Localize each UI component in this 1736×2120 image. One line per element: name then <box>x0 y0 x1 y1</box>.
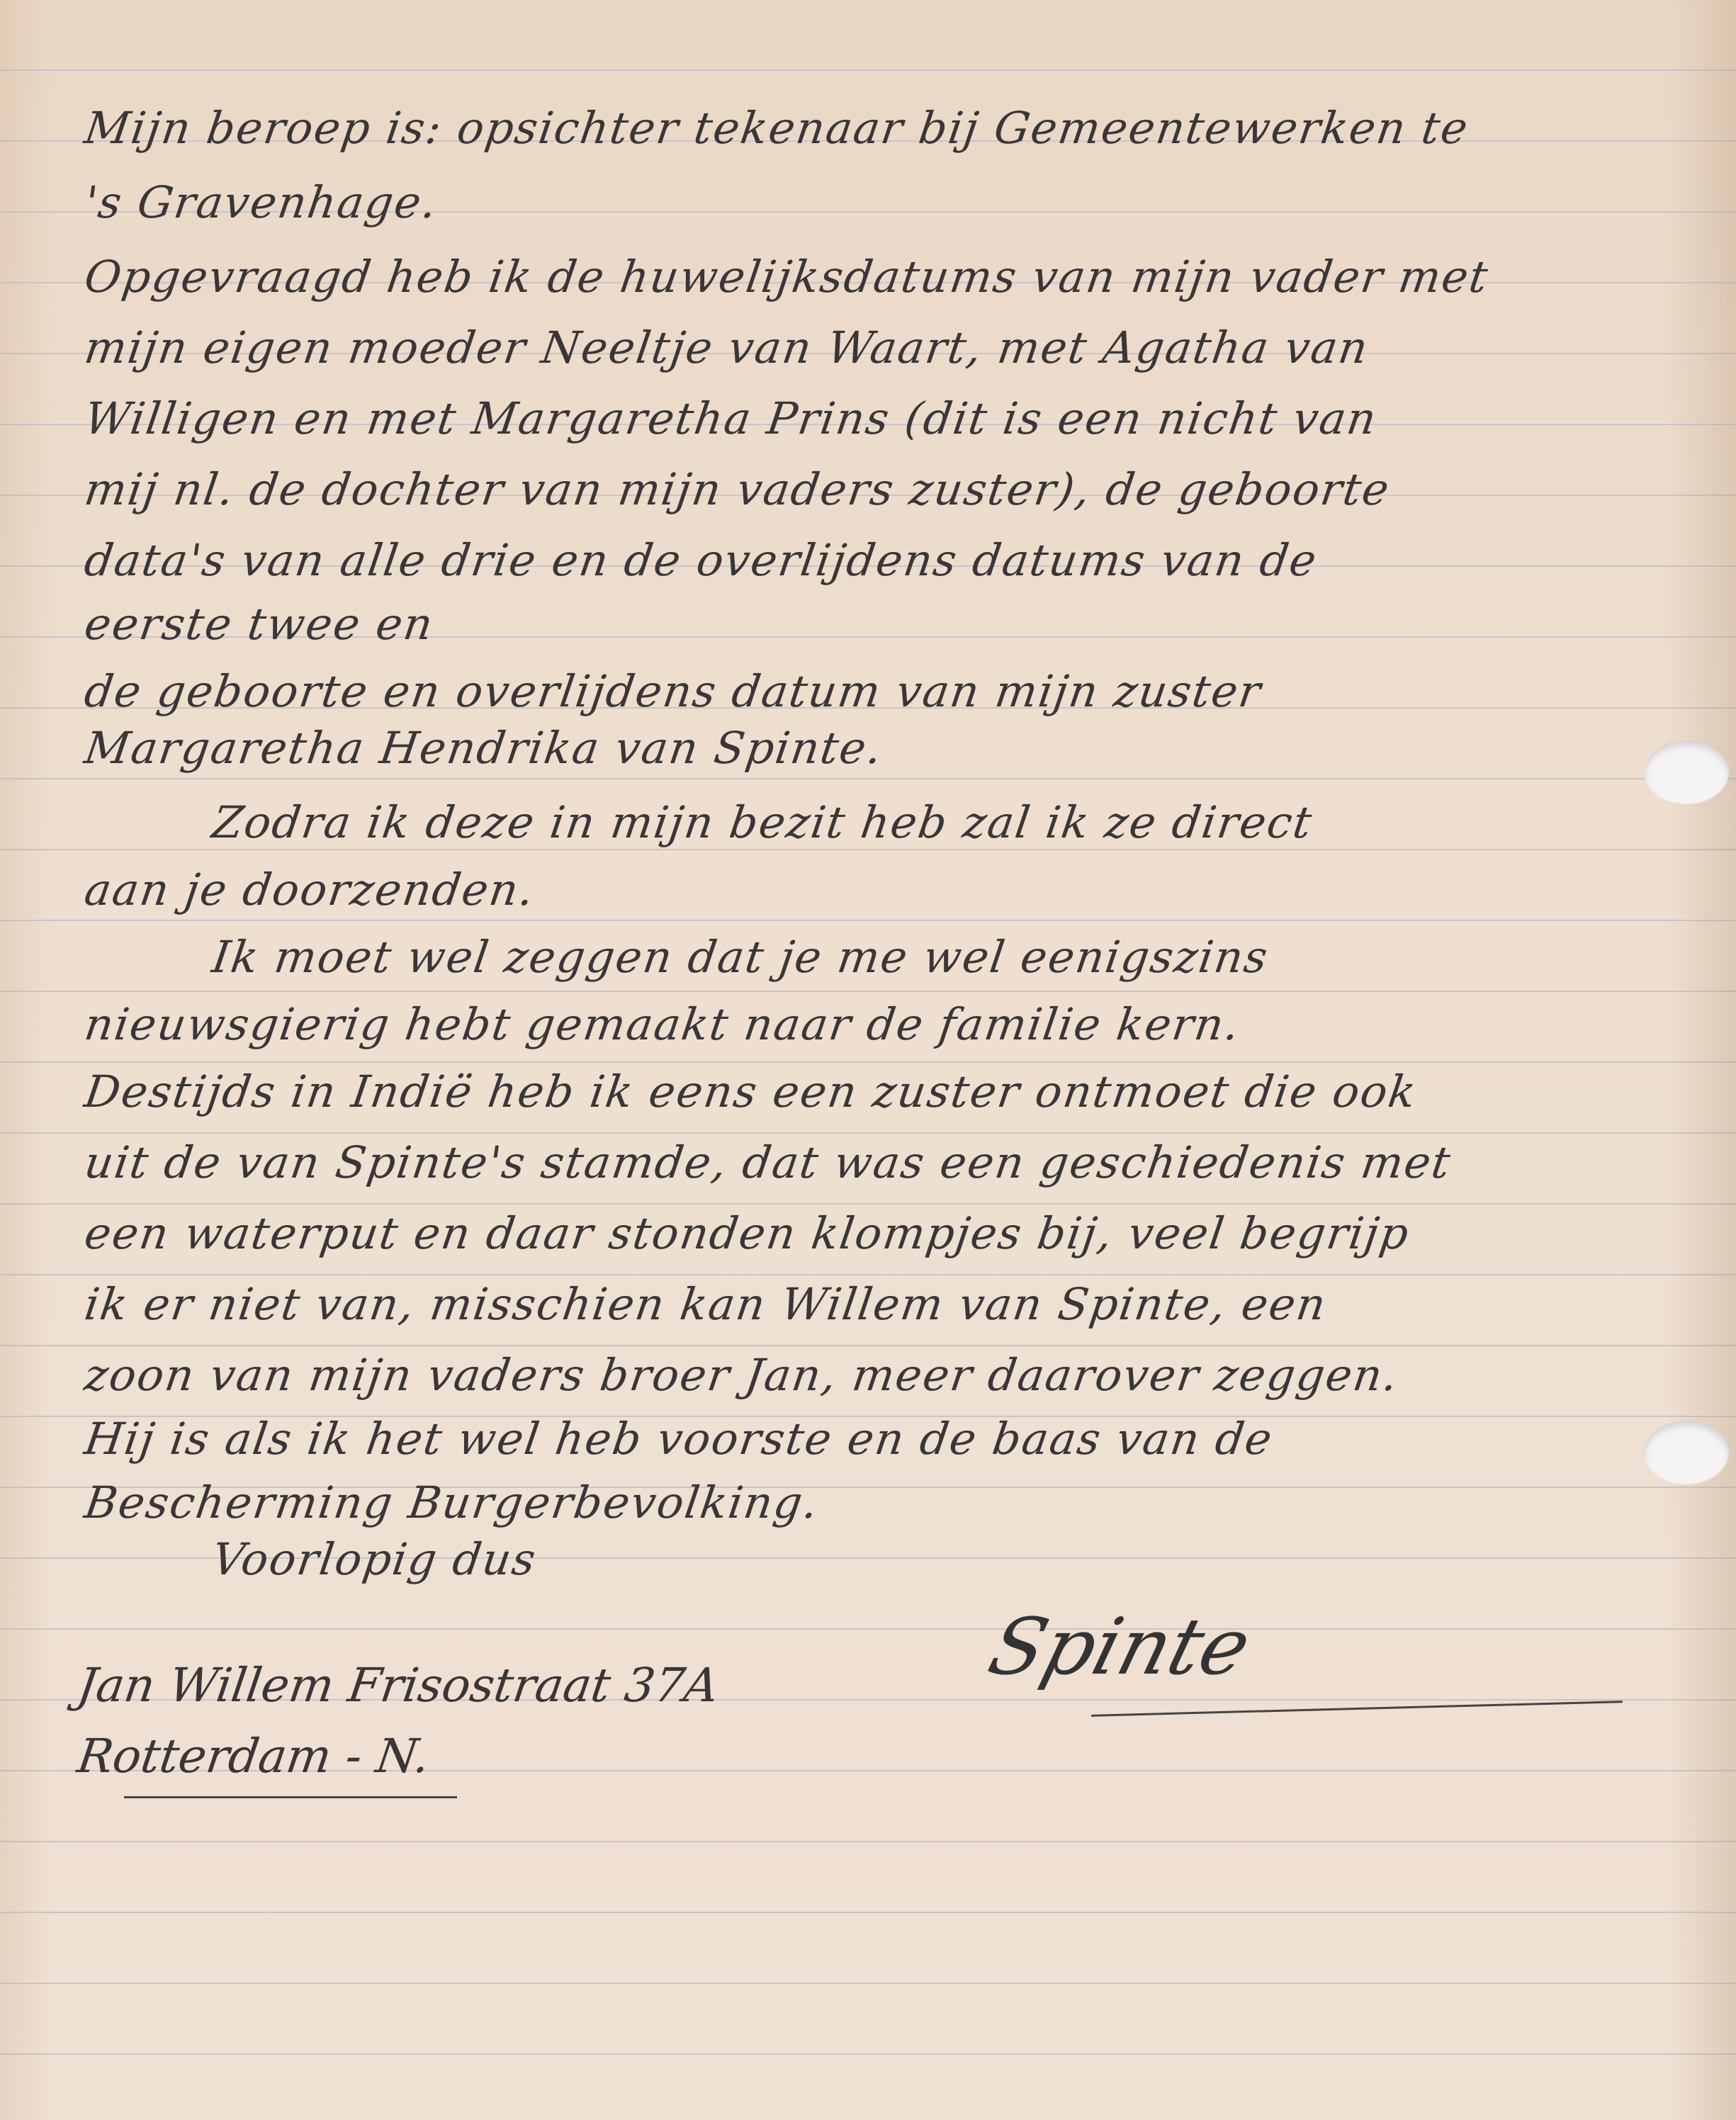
letter-page: Mijn beroep is: opsichter tekenaar bij G… <box>0 0 1736 2120</box>
letter-line: nieuwsgierig hebt gemaakt naar de famili… <box>82 1003 1669 1047</box>
letter-line: mij nl. de dochter van mijn vaders zuste… <box>82 468 1669 512</box>
letter-line: Bescherming Burgerbevolking. <box>82 1481 1669 1525</box>
address-street: Jan Willem Frisostraat 37A <box>74 1658 723 1713</box>
letter-line: Willigen en met Margaretha Prins (dit is… <box>82 397 1669 441</box>
letter-line: Opgevraagd heb ik de huwelijksdatums van… <box>82 255 1669 299</box>
letter-line: data's van alle drie en de overlijdens d… <box>82 539 1669 582</box>
letter-line: Ik moet wel zeggen dat je me wel eenigsz… <box>210 935 1669 979</box>
address-city: Rotterdam - N. <box>74 1729 434 1783</box>
letter-line: Destijds in Indië heb ik eens een zuster… <box>82 1070 1669 1114</box>
letter-line: Zodra ik deze in mijn bezit heb zal ik z… <box>210 801 1669 845</box>
letter-line: mijn eigen moeder Neeltje van Waart, met… <box>82 326 1669 370</box>
letter-line: Mijn beroep is: opsichter tekenaar bij G… <box>82 106 1669 150</box>
letter-line: de geboorte en overlijdens datum van mij… <box>82 670 1669 714</box>
letter-line: uit de van Spinte's stamde, dat was een … <box>82 1141 1669 1185</box>
punch-hole <box>1644 740 1729 804</box>
signature-underline <box>1091 1701 1623 1717</box>
letter-line: Margaretha Hendrika van Spinte. <box>82 726 1669 770</box>
letter-line: eerste twee en <box>82 602 1669 646</box>
letter-line: ik er niet van, misschien kan Willem van… <box>82 1282 1669 1326</box>
letter-line: 's Gravenhage. <box>82 181 1669 225</box>
letter-line: Voorlopig dus <box>210 1538 1669 1581</box>
letter-line: een waterput en daar stonden klompjes bi… <box>82 1212 1669 1256</box>
letter-line: zoon van mijn vaders broer Jan, meer daa… <box>82 1353 1669 1397</box>
punch-hole <box>1644 1421 1729 1484</box>
letter-line: aan je doorzenden. <box>82 868 1669 912</box>
address-underline <box>124 1796 457 1798</box>
signature: Spinte <box>980 1601 1260 1692</box>
letter-line: Hij is als ik het wel heb voorste en de … <box>82 1417 1669 1461</box>
